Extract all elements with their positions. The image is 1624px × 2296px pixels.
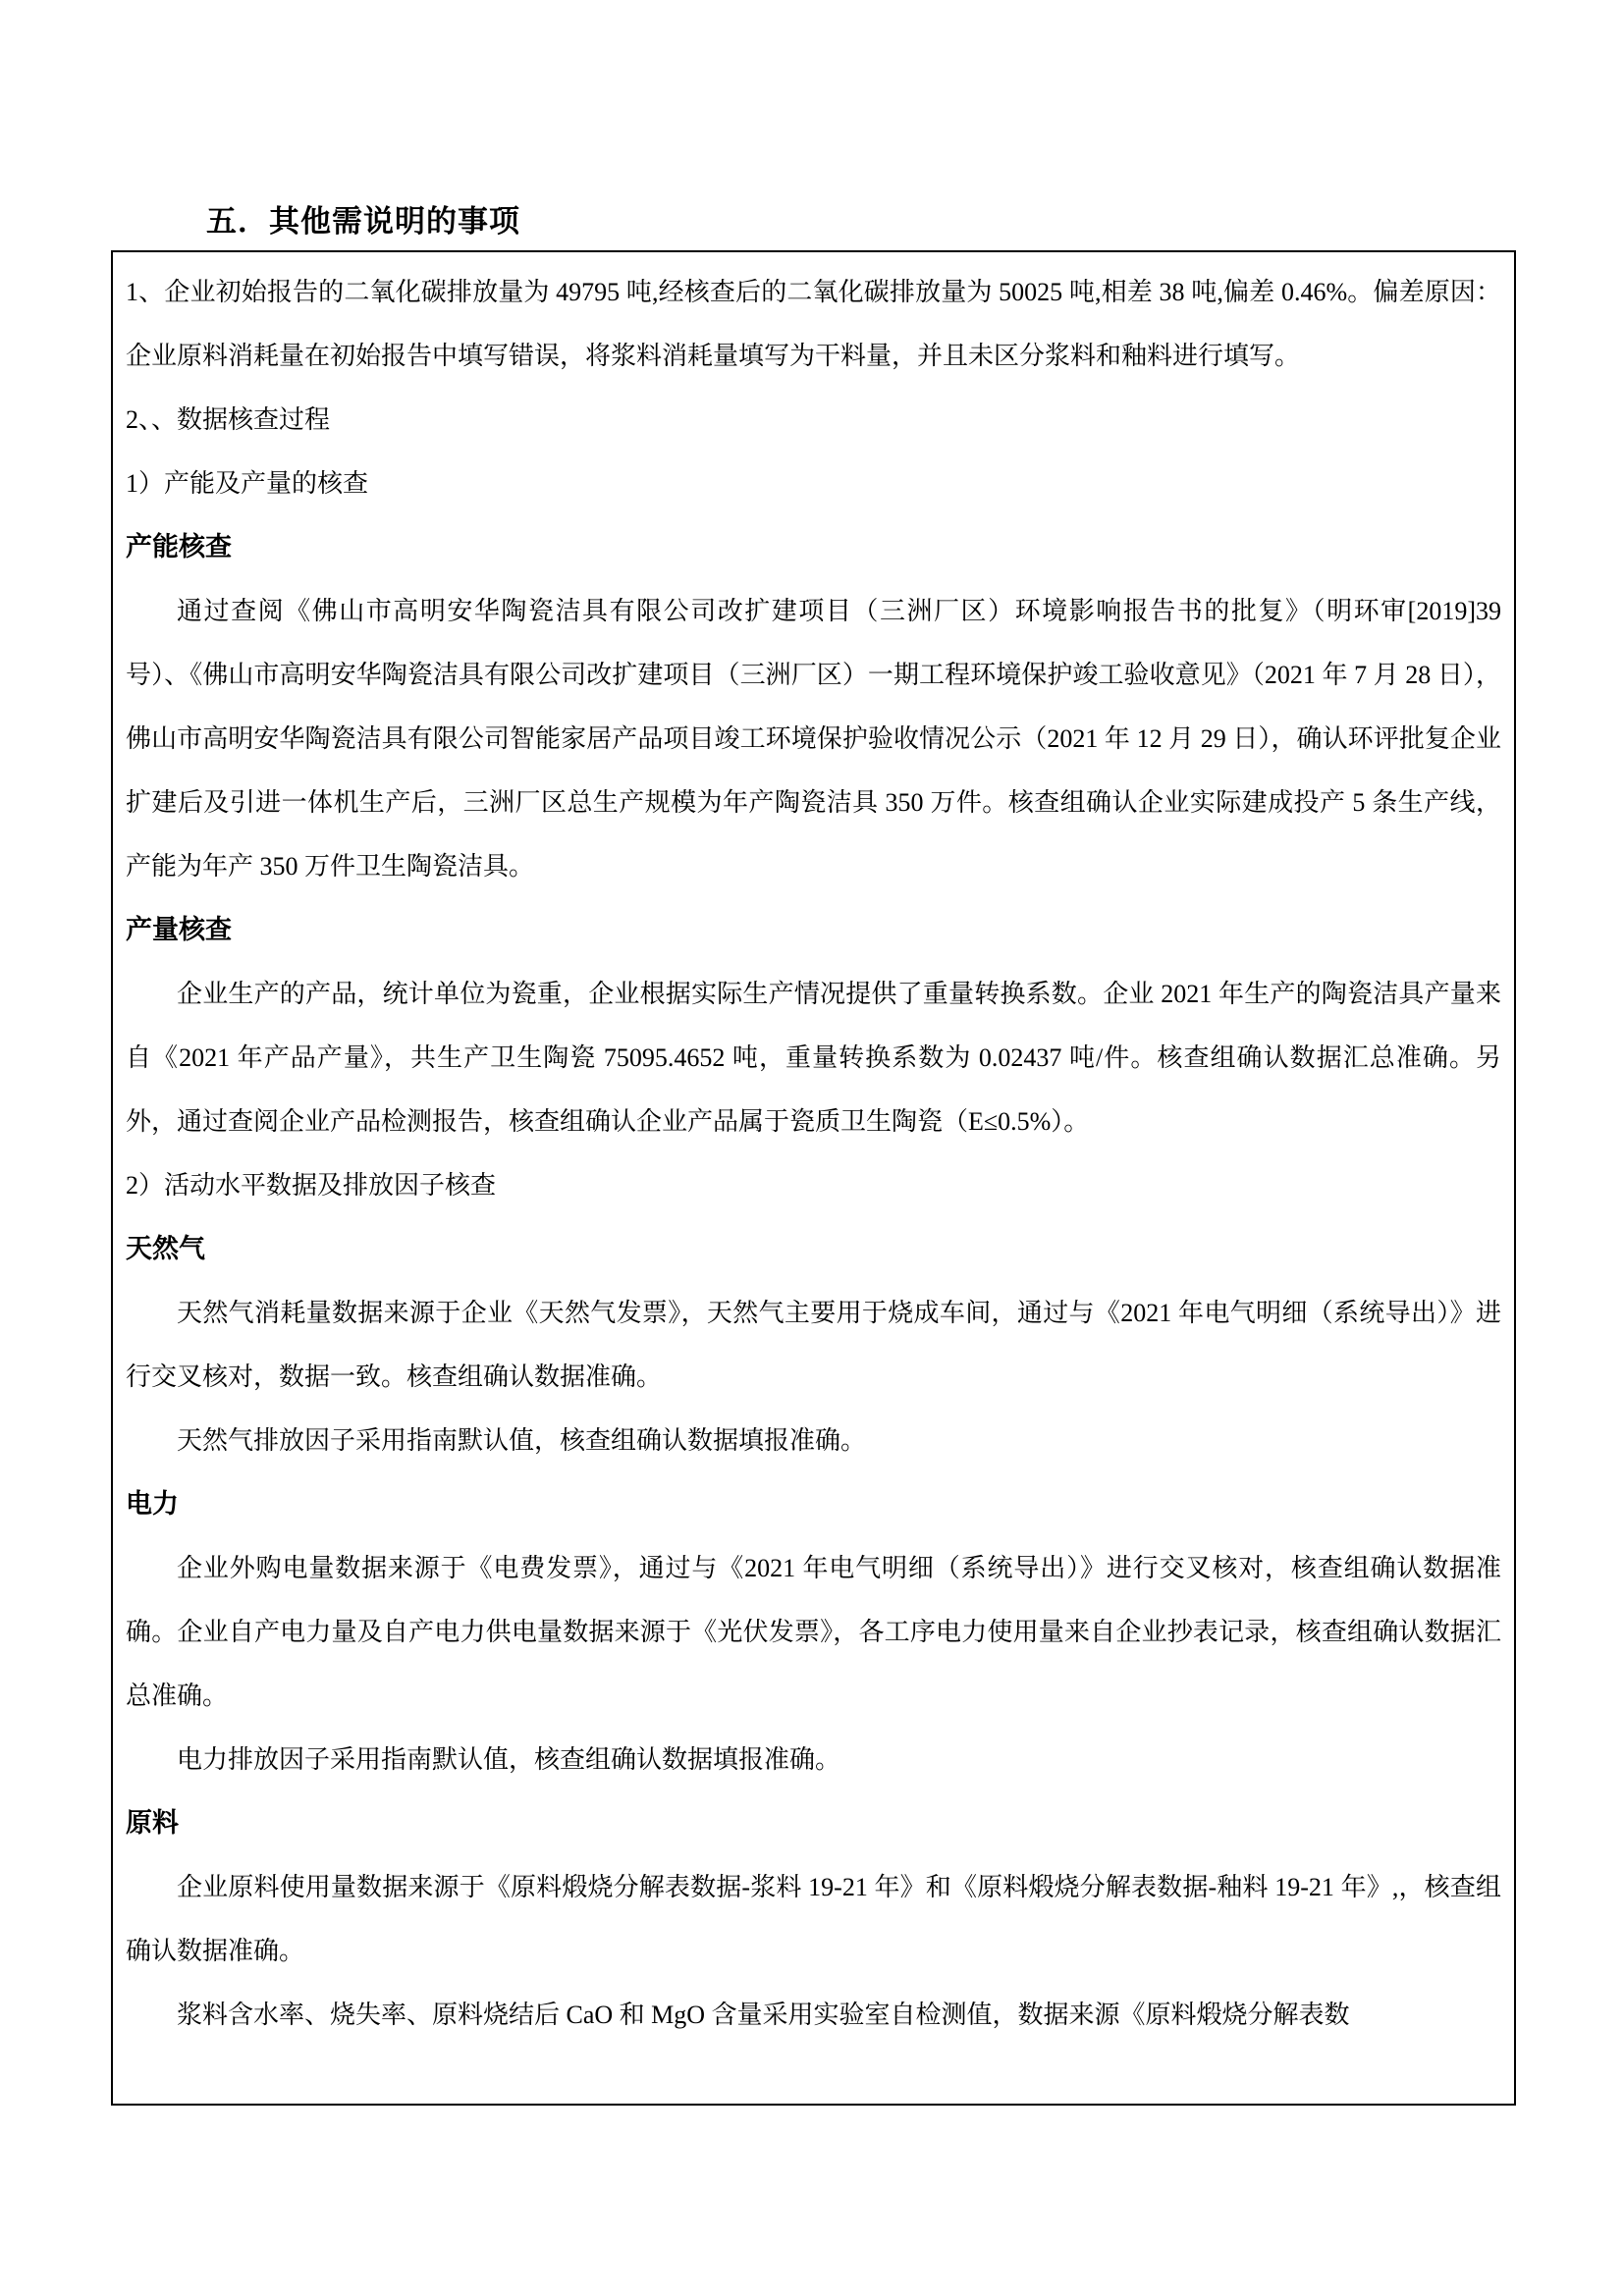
section-title: 五．其他需说明的事项: [206, 196, 520, 240]
document-page: 五．其他需说明的事项 1、企业初始报告的二氧化碳排放量为 49795 吨,经核查…: [0, 0, 1624, 2296]
content-box: 1、企业初始报告的二氧化碳排放量为 49795 吨,经核查后的二氧化碳排放量为 …: [111, 250, 1516, 2106]
para-capacity-check-detail: 通过查阅《佛山市高明安华陶瓷洁具有限公司改扩建项目（三洲厂区）环境影响报告书的批…: [126, 579, 1501, 898]
heading-capacity-check: 产能核查: [126, 515, 1501, 579]
para-electricity-factor: 电力排放因子采用指南默认值，核查组确认数据填报准确。: [126, 1728, 1501, 1791]
heading-output-check: 产量核查: [126, 898, 1501, 962]
heading-raw-material: 原料: [126, 1791, 1501, 1855]
para-capacity-output-title: 1）产能及产量的核查: [126, 452, 1501, 515]
para-activity-data-title: 2）活动水平数据及排放因子核查: [126, 1153, 1501, 1217]
heading-electricity: 电力: [126, 1472, 1501, 1536]
para-natural-gas-factor: 天然气排放因子采用指南默认值，核查组确认数据填报准确。: [126, 1409, 1501, 1472]
para-natural-gas-consumption: 天然气消耗量数据来源于企业《天然气发票》，天然气主要用于烧成车间，通过与《202…: [126, 1281, 1501, 1409]
para-output-check-detail: 企业生产的产品，统计单位为瓷重，企业根据实际生产情况提供了重量转换系数。企业 2…: [126, 962, 1501, 1153]
heading-natural-gas: 天然气: [126, 1217, 1501, 1281]
para-deviation-summary: 1、企业初始报告的二氧化碳排放量为 49795 吨,经核查后的二氧化碳排放量为 …: [126, 260, 1501, 388]
para-electricity-consumption: 企业外购电量数据来源于《电费发票》，通过与《2021 年电气明细（系统导出）》进…: [126, 1536, 1501, 1728]
para-raw-material-usage: 企业原料使用量数据来源于《原料煅烧分解表数据-浆料 19-21 年》和《原料煅烧…: [126, 1855, 1501, 1983]
para-slurry-lab-values: 浆料含水率、烧失率、原料烧结后 CaO 和 MgO 含量采用实验室自检测值，数据…: [126, 1983, 1501, 2047]
para-data-verification-title: 2、、数据核查过程: [126, 388, 1501, 452]
